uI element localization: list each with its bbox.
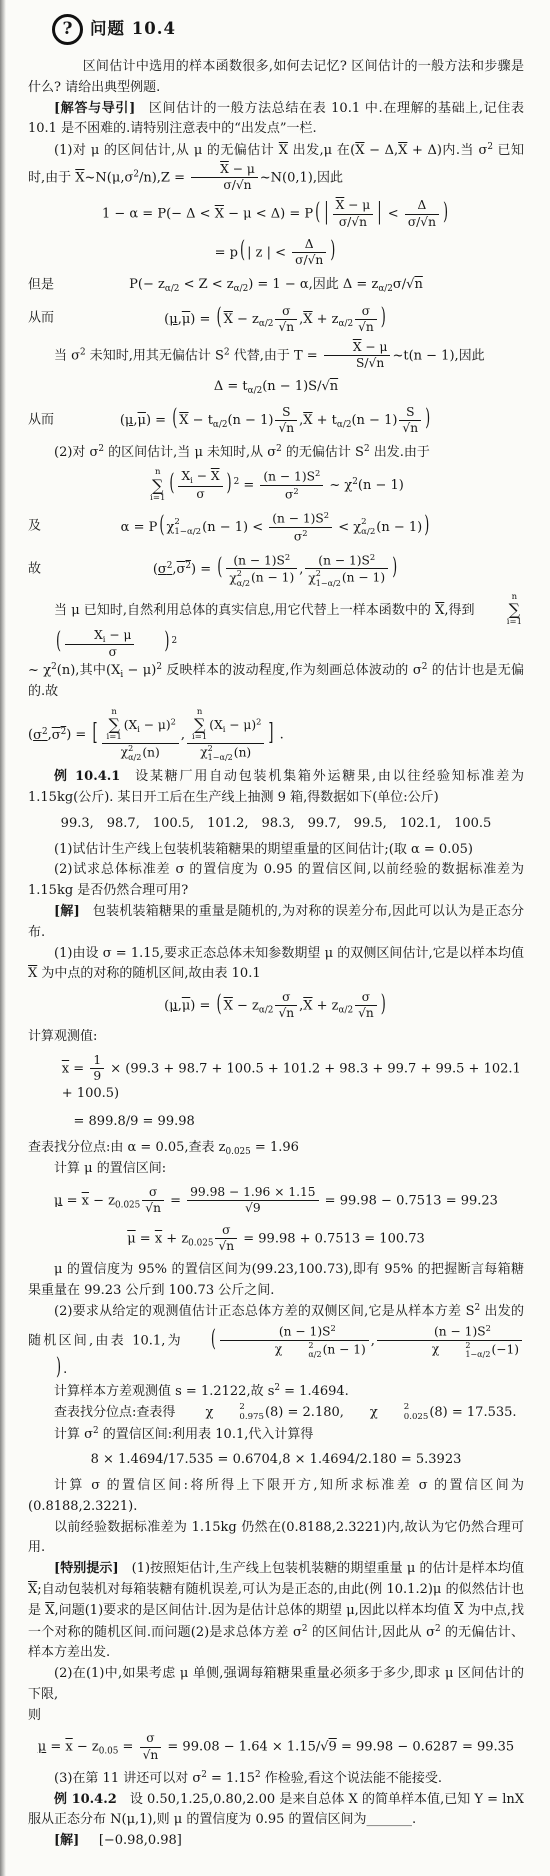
formula-line: 从而(μ,μ) = (X − zα/2σ√n,X + zα/2σ√n)	[28, 302, 524, 338]
subscript: α/2	[378, 285, 393, 295]
superscript: 2	[171, 635, 177, 645]
big-delimiter: (	[217, 301, 222, 338]
paragraph: 则	[28, 1706, 524, 1727]
paragraph: 以前经验数据标准差为 1.15kg 仍然在(0.8188,2.3221)内,故认…	[28, 1518, 524, 1560]
paragraph: [解] 包装机装箱糖果的重量是随机的,为对称的误差分布,因此可以认为是正态分布.	[28, 902, 524, 944]
sqrt-radical-icon: √n	[143, 1748, 159, 1762]
superscript: 2	[80, 348, 86, 358]
paragraph: (2)要求从给定的观测值估计正态总体方差的双侧区间,它是从样本方差 S2 出发的…	[28, 1301, 524, 1381]
fraction: n∑i=1(Xi − μ)2χ21−α/2(n)	[187, 708, 264, 762]
paragraph: (1)试估计生产线上包装机装箱糖果的期望重量的区间估计;(取 α = 0.05)	[28, 840, 524, 861]
fraction: (n − 1)S2σ2	[260, 468, 323, 503]
subscript: α/2	[165, 285, 180, 295]
overbar: X	[435, 603, 444, 618]
big-delimiter: )	[227, 467, 232, 504]
big-delimiter: (	[217, 551, 222, 588]
superscript: 2	[324, 510, 329, 520]
overbar: X	[179, 413, 188, 428]
overbar: x	[155, 1231, 162, 1246]
paragraph: 区间估计中选用的样本函数很多,如何去记忆? 区间估计的一般方法和步骤是什么? 请…	[28, 57, 524, 99]
big-delimiter: (	[169, 467, 174, 504]
formula-line: 故(σ2,σ2) = ((n − 1)S2χ2α/2(n − 1),(n − 1…	[28, 550, 524, 590]
subscript: i	[103, 633, 106, 643]
paragraph: (3)在第 11 讲还可以对 σ2 = 1.152 作检验,看这个说法能不能接受…	[28, 1768, 524, 1790]
overbar: X	[398, 143, 407, 158]
formula-line: 从而(μ,μ) = (X − tα/2(n − 1)S√n,X + tα/2(n…	[28, 403, 524, 439]
paragraph: 查表找分位点:查表得 χ20.975(8) = 2.180,χ20.025(8)…	[28, 1403, 524, 1424]
fraction: σ√n	[355, 304, 377, 336]
paragraph: [特别提示] (1)按照矩估计,生产线上包装机装糖的期望重量 μ 的估计是样本均…	[28, 1559, 524, 1664]
sqrt-radical-icon: √n	[402, 421, 418, 435]
subscript: α/2	[248, 386, 263, 396]
big-delimiter: )	[424, 508, 429, 545]
superscript: 2	[133, 169, 139, 179]
paragraph: [解] [−0.98,0.98]	[28, 1831, 524, 1852]
formula-line: = p(| z | < Δσ/√n)	[28, 235, 524, 271]
chi-squared-symbol: χ21−α/2	[166, 518, 202, 539]
summation-icon: n∑i=1	[481, 593, 522, 628]
fraction: (n − 1)S2χ21−α/2(−1)	[377, 1323, 522, 1359]
formula-line: μ = x + z0.025σ√n = 99.98 + 0.7513 = 100…	[28, 1221, 524, 1257]
superscript: 2	[302, 528, 307, 538]
overbar: X	[353, 340, 362, 354]
fraction: 19	[90, 1053, 104, 1085]
subscript: α/2	[259, 1006, 274, 1016]
subscript: 0.025	[226, 1147, 251, 1157]
paragraph: ~ χ2(n),其中(Xi − μ)2 反映样本的波动程度,作为刻画总体波动的 …	[28, 660, 524, 703]
overbar: X	[28, 1582, 37, 1597]
superscript: 2	[42, 727, 48, 737]
page-title: 问题 10.4	[90, 16, 176, 42]
superscript: 2	[330, 1323, 335, 1333]
fraction: Xi − Xσ	[178, 469, 222, 502]
big-delimiter: )	[30, 1351, 61, 1388]
superscript: 2	[274, 1383, 280, 1393]
fraction: σ√n	[275, 304, 297, 336]
formula-line: = 899.8/9 = 99.98	[28, 1110, 524, 1135]
formula-line: x = 19 × (99.3 + 98.7 + 100.5 + 101.2 + …	[28, 1051, 524, 1107]
formula-line: μ = x − z0.05 = σ√n = 99.08 − 1.64 × 1.1…	[28, 1729, 524, 1765]
paragraph: 例 10.4.1 设某糖厂用自动包装机集箱外运糖果,由以往经验知标准差为 1.1…	[28, 767, 524, 809]
scan-edge-shadow	[0, 0, 6, 1876]
superscript: 2	[285, 552, 290, 562]
fraction: σ√n	[140, 1731, 162, 1763]
fraction: σ√n	[142, 1185, 164, 1217]
sqrt-radical-icon: √n	[358, 1006, 374, 1020]
subscript: 0.05	[99, 1747, 119, 1757]
sqrt-radical-icon: √n	[321, 379, 338, 394]
big-delimiter: |	[324, 195, 328, 232]
paragraph: 查表找分位点:由 α = 0.05,查表 z0.025 = 1.96	[28, 1138, 524, 1159]
overbar: μ	[127, 1231, 135, 1246]
subscript: α/2	[259, 319, 274, 329]
big-delimiter: )	[425, 402, 430, 439]
superscript: 2	[435, 1624, 441, 1634]
overbar: X	[355, 143, 364, 158]
underbar: σ2	[33, 728, 48, 743]
overbar: X	[45, 1603, 54, 1618]
overbar: X	[215, 207, 224, 222]
sqrt-radical-icon: √n	[358, 320, 374, 334]
subscript: i	[223, 724, 226, 734]
summation-icon: n∑i=1	[192, 708, 207, 743]
superscript: 2	[352, 477, 358, 487]
sqrt-radical-icon: √9	[245, 1201, 261, 1215]
summation-icon: n∑i=1	[107, 708, 122, 743]
superscript: 2	[224, 348, 230, 358]
superscript: 2	[185, 561, 191, 571]
big-delimiter: (	[217, 987, 222, 1024]
fraction: σ√n	[275, 990, 297, 1022]
overbar: X	[279, 143, 288, 158]
fraction: Δσ/√n	[292, 237, 326, 269]
chi-squared-symbol: χ20.025	[344, 1403, 429, 1424]
sqrt-radical-icon: √n	[369, 356, 385, 370]
superscript: 2	[255, 1770, 261, 1780]
superscript: 2	[475, 1303, 481, 1313]
paragraph: (2)试求总体标准差 σ 的置信度为 0.95 的置信区间,以前经验的数据标准差…	[28, 860, 524, 902]
underbar: μ	[38, 1740, 46, 1755]
overbar: μ	[138, 413, 146, 428]
superscript: 2	[167, 561, 173, 571]
sqrt-radical-icon: √n	[278, 320, 294, 334]
overbar: σ2	[52, 728, 67, 743]
fraction: (n − 1)S2σ2	[269, 510, 332, 545]
sqrt-radical-icon: √n	[218, 1239, 234, 1253]
sqrt-radical-icon: √n	[278, 1006, 294, 1020]
fraction: Xi − μσ	[65, 628, 134, 661]
chi-squared-symbol: χ21−α/2	[308, 569, 342, 588]
fraction: X − μσ/√n	[333, 198, 374, 230]
sqrt-radical-icon: √n	[278, 421, 294, 435]
bold-text: [解]	[54, 904, 80, 919]
sqrt-radical-icon: √9	[320, 1740, 337, 1755]
sqrt-radical-icon: √n	[308, 253, 324, 267]
summation-icon: n∑i=1	[150, 468, 165, 503]
section-header: ? 问题 10.4	[52, 14, 524, 45]
bold-text: 例 10.4.2	[54, 1792, 117, 1807]
fraction: (n − 1)S2χ2α/2(n − 1)	[226, 552, 297, 588]
fraction: Δσ/√n	[405, 198, 439, 230]
paragraph: 计算 μ 的置信区间:	[28, 1159, 524, 1180]
sqrt-radical-icon: √n	[351, 215, 367, 229]
overbar: X	[75, 170, 84, 185]
overbar: X	[303, 312, 312, 327]
fraction: σ√n	[215, 1223, 237, 1255]
textbook-page: ? 问题 10.4 区间估计中选用的样本函数很多,如何去记忆? 区间估计的一般方…	[0, 0, 550, 1876]
bold-text: [解答与导引]	[54, 101, 135, 116]
superscript: 2	[156, 662, 162, 672]
superscript: 2	[487, 142, 493, 152]
overbar: X	[28, 966, 37, 981]
formula-line: n∑i=1(Xi − Xσ)2 = (n − 1)S2σ2 ~ χ2(n − 1…	[28, 466, 524, 505]
sqrt-radical-icon: √n	[236, 178, 252, 192]
paragraph: 当 σ2 未知时,用其无偏估计 S2 代替,由于 T = X − μS/√n~t…	[28, 340, 524, 372]
superscript: 2	[364, 444, 370, 454]
paragraph: 计算 σ 的置信区间:将所得上下限开方,知所求标准差 σ 的置信区间为(0.81…	[28, 1476, 524, 1518]
superscript: 2	[201, 1770, 207, 1780]
fraction: X − μS/√n	[324, 340, 391, 372]
chi-squared-symbol: χ2α/2	[121, 744, 143, 763]
overbar: x	[82, 1193, 89, 1208]
formula-line: 1 − α = P(− Δ < X − μ < Δ) = P(|X − μσ/√…	[28, 196, 524, 232]
subscript: 0.025	[188, 1239, 213, 1249]
big-delimiter: )	[392, 551, 397, 588]
paragraph: (1)由设 σ = 1.15,要求正态总体未知参数期望 μ 的双侧区间估计,它是…	[28, 944, 524, 986]
overbar: μ	[182, 998, 190, 1013]
big-delimiter: |	[377, 195, 381, 232]
big-delimiter: (	[315, 195, 320, 232]
superscript: 2	[256, 716, 261, 726]
paragraph: (2)对 σ2 的区间估计,当 μ 未知时,从 σ2 的无偏估计 S2 出发.由…	[28, 442, 524, 464]
chi-squared-symbol: χ21−α/2	[200, 744, 234, 763]
superscript: 2	[422, 662, 428, 672]
formula-label: 故	[28, 559, 41, 580]
subscript: α/2	[337, 420, 352, 430]
formula-label: 从而	[28, 410, 54, 431]
overbar: X	[303, 413, 312, 428]
underbar: σ2	[158, 562, 173, 577]
subscript: α/2	[339, 1006, 354, 1016]
paragraph: 当 μ 已知时,自然利用总体的真实信息,用它代替上一样本函数中的 X,得到 n∑…	[28, 593, 524, 660]
subscript: i	[137, 724, 140, 734]
paragraph: [解答与导引] 区间估计的一般方法总结在表 10.1 中.在理解的基础上,记住表…	[28, 99, 524, 141]
underbar: μ	[54, 1193, 62, 1208]
fraction: (n − 1)S2χ2α/2(n − 1)	[220, 1323, 369, 1359]
subscript: 0.025	[115, 1200, 140, 1210]
overbar: X	[224, 998, 233, 1013]
big-delimiter: (	[172, 402, 177, 439]
formula-label: 但是	[28, 276, 54, 297]
paragraph: (1)对 μ 的区间估计,从 μ 的无偏估计 X 出发,μ 在(X − Δ,X …	[28, 140, 524, 193]
paragraph: 计算 σ2 的置信区间:利用表 10.1,代入计算得	[28, 1424, 524, 1446]
overbar: μ	[182, 312, 190, 327]
paragraph: 例 10.4.2 设 0.50,1.25,0.80,2.00 是来自总体 X 的…	[28, 1790, 524, 1832]
fraction: S√n	[399, 405, 421, 437]
big-delimiter: (	[30, 625, 61, 662]
bold-text: [特别提示]	[54, 1561, 119, 1576]
underbar: μ	[169, 312, 177, 327]
sqrt-radical-icon: √n	[420, 215, 436, 229]
question-mark-icon: ?	[52, 14, 83, 45]
chi-squared-symbol: χ2α/2	[229, 569, 251, 588]
subscript: α/2	[234, 285, 249, 295]
superscript: 2	[61, 727, 67, 737]
chi-squared-symbol: χ2α/2	[249, 1341, 323, 1360]
formula-line: 及α = P(χ21−α/2(n − 1) < (n − 1)S2σ2 < χ2…	[28, 508, 524, 547]
overbar: X	[211, 469, 220, 483]
paragraph: 计算样本方差观测值 s = 1.2122,故 s2 = 1.4694.	[28, 1381, 524, 1403]
fraction: X − μσ/√n	[191, 162, 258, 194]
big-delimiter: )	[381, 987, 386, 1024]
formula-line: (μ,μ) = (X − zα/2σ√n,X + zα/2σ√n)	[28, 988, 524, 1024]
formula-line: (σ2,σ2) = [n∑i=1(Xi − μ)2χ2α/2(n),n∑i=1(…	[28, 706, 524, 764]
overbar: X	[303, 998, 312, 1013]
superscript: 2	[93, 1426, 99, 1436]
big-delimiter: )	[443, 195, 448, 232]
formula-line: 99.3, 98.7, 100.5, 101.2, 98.3, 99.7, 99…	[28, 812, 524, 837]
superscript: 2	[293, 486, 298, 496]
big-delimiter: )	[330, 234, 335, 271]
big-delimiter: (	[185, 1322, 216, 1359]
superscript: 2	[171, 716, 176, 726]
formula-label: 从而	[28, 309, 54, 330]
fraction: σ√n	[355, 990, 377, 1022]
superscript: 2	[234, 477, 240, 487]
superscript: 2	[51, 662, 57, 672]
formula-line: 8 × 1.4694/17.535 = 0.6704,8 × 1.4694/2.…	[28, 1448, 524, 1473]
superscript: 2	[302, 1624, 308, 1634]
bold-text: 例 10.4.1	[54, 769, 120, 784]
overbar: x	[65, 1740, 72, 1755]
big-delimiter: )	[381, 301, 386, 338]
overbar: x	[62, 1061, 69, 1076]
subscript: α/2	[213, 420, 228, 430]
formula-line: μ = x − z0.025σ√n = 99.98 − 1.96 × 1.15√…	[28, 1183, 524, 1219]
big-delimiter: )	[138, 625, 169, 662]
superscript: 2	[276, 444, 282, 454]
chi-squared-symbol: χ20.975	[180, 1403, 265, 1424]
overbar: X	[454, 1603, 463, 1618]
underbar: μ	[125, 413, 133, 428]
overbar: X	[224, 312, 233, 327]
big-delimiter: (	[240, 234, 245, 271]
superscript: 2	[370, 552, 375, 562]
subscript: α/2	[339, 319, 354, 329]
subscript: i	[190, 475, 193, 485]
document-body: 区间估计中选用的样本函数很多,如何去记忆? 区间估计的一般方法和步骤是什么? 请…	[28, 57, 524, 1852]
formula-label: 及	[28, 517, 41, 538]
formula-line: 但是P(− zα/2 < Z < zα/2) = 1 − α,因此 Δ = zα…	[28, 273, 524, 298]
overbar: σ2	[177, 562, 192, 577]
formula-line: Δ = tα/2(n − 1)S/√n	[28, 375, 524, 400]
fraction: 99.98 − 1.96 × 1.15√9	[187, 1185, 318, 1217]
chi-squared-symbol: χ2α/2	[353, 518, 376, 539]
fraction: (n − 1)S2χ21−α/2(n − 1)	[305, 552, 388, 588]
overbar: X	[220, 162, 229, 176]
superscript: 2	[486, 1323, 491, 1333]
big-delimiter: ]	[268, 716, 273, 753]
subscript: i	[120, 670, 123, 680]
paragraph: (2)在(1)中,如果考虑 μ 单侧,强调每箱糖果重量必须多于多少,即求 μ 区…	[28, 1664, 524, 1706]
overbar: X	[336, 198, 345, 212]
big-delimiter: (	[159, 508, 164, 545]
paragraph: 计算观测值:	[28, 1027, 524, 1048]
superscript: 2	[98, 444, 104, 454]
superscript: 2	[315, 468, 320, 478]
bold-text: [解]	[54, 1833, 79, 1848]
sqrt-radical-icon: √n	[145, 1201, 161, 1215]
paragraph: μ 的置信度为 95% 的置信区间为(99.23,100.73),即有 95% …	[28, 1260, 524, 1302]
sqrt-radical-icon: √n	[406, 277, 423, 292]
underbar: μ	[169, 998, 177, 1013]
fraction: n∑i=1(Xi − μ)2χ2α/2(n)	[102, 708, 179, 762]
fraction: S√n	[275, 405, 297, 437]
chi-squared-symbol: χ21−α/2	[406, 1341, 492, 1360]
big-delimiter: [	[92, 716, 97, 753]
